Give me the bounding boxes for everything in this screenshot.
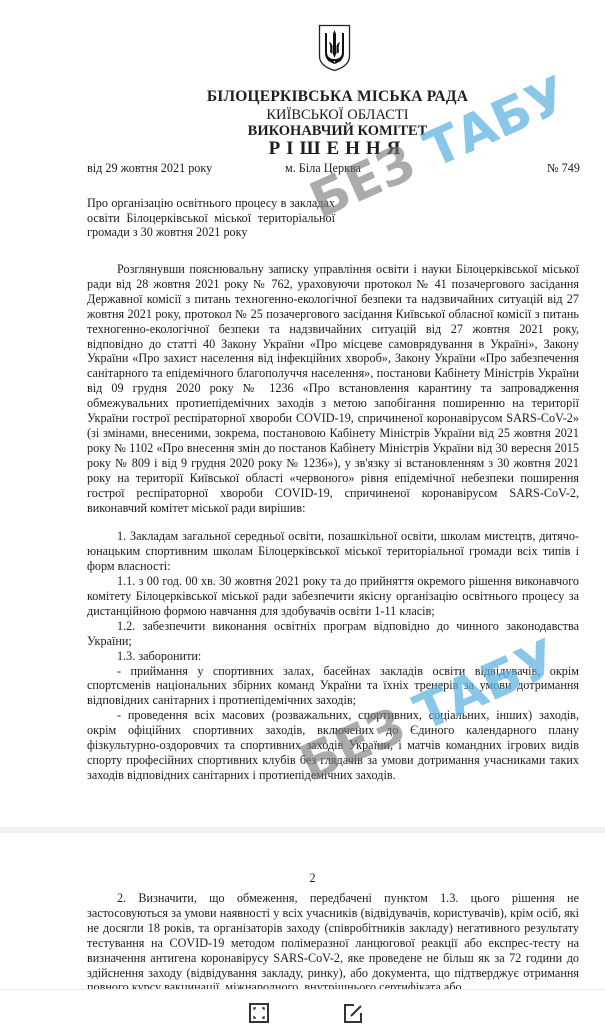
edit-icon	[342, 1002, 364, 1024]
clause-1-1: 1.1. з 00 год. 00 хв. 30 жовтня 2021 рок…	[87, 574, 579, 619]
decision-number: № 749	[547, 161, 580, 176]
page-number: 2	[0, 871, 605, 886]
page-2-body: 2. Визначити, що обмеження, передбачені …	[87, 891, 579, 993]
edit-button[interactable]	[342, 1002, 364, 1024]
viewer-toolbar	[0, 989, 605, 1024]
decision-subject: Про організацію освітнього процесу в зак…	[87, 196, 335, 240]
clause-1: 1. Закладам загальної середньої освіти, …	[87, 529, 579, 574]
clause-2: 2. Визначити, що обмеження, передбачені …	[87, 891, 579, 993]
council-name: БІЛОЦЕРКІВСЬКА МІСЬКА РАДА	[0, 88, 605, 106]
clause-1-2: 1.2. забезпечити виконання освітніх прог…	[87, 619, 579, 649]
region-name: КИЇВСЬКОЇ ОБЛАСТІ	[0, 107, 605, 124]
fullscreen-button[interactable]	[248, 1002, 270, 1024]
decision-city: м. Біла Церква	[285, 161, 361, 176]
tryzub-coat-of-arms-icon	[318, 24, 351, 72]
decision-date: від 29 жовтня 2021 року	[87, 161, 212, 176]
preamble-paragraph: Розглянувши пояснювальну записку управлі…	[87, 262, 579, 515]
clause-1-3: 1.3. заборонити:	[87, 649, 579, 664]
document-type-title: РІШЕННЯ	[0, 138, 605, 160]
decision-body: Розглянувши пояснювальну записку управлі…	[87, 262, 579, 783]
document-page-2: 2 2. Визначити, що обмеження, передбачен…	[0, 833, 605, 993]
fullscreen-icon	[248, 1002, 270, 1024]
document-page-1: БІЛОЦЕРКІВСЬКА МІСЬКА РАДА КИЇВСЬКОЇ ОБЛ…	[0, 0, 605, 827]
clause-1-3-item-2: - проведення всіх масових (розважальних,…	[87, 708, 579, 783]
clause-1-3-item-1: - приймання у спортивних залах, басейнах…	[87, 664, 579, 709]
